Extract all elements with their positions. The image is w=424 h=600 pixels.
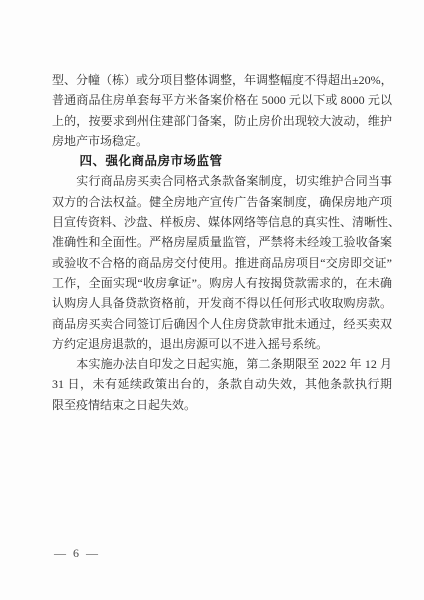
text-line: 型、分幢（栋）或分项目整体调整，年调整幅度不得超出±20%， <box>52 70 392 90</box>
text-line: 实行商品房买卖合同格式条款备案制度，切实维护合同当事 <box>52 171 392 191</box>
text-line: 准确性和全面性。严格房屋质量监管，严禁将未经竣工验收备案 <box>52 232 392 252</box>
paragraph-price-adjustment: 型、分幢（栋）或分项目整体调整，年调整幅度不得超出±20%，普通商品住房单套每平… <box>52 70 392 151</box>
text-line: 31 日，未有延续政策出台的，条款自动失效，其他条款执行期 <box>52 374 392 394</box>
text-line: 工作，全面实现“收房拿证”。购房人有按揭贷款需求的，在未确 <box>52 273 392 293</box>
text-line: 目宣传资料、沙盘、样板房、媒体网络等信息的真实性、清晰性、 <box>52 212 392 232</box>
text-line: 上的，按要求到州住建部门备案，防止房价出现较大波动，维护 <box>52 111 392 131</box>
text-line: 双方的合法权益。健全房地产宣传广告备案制度，确保房地产项 <box>52 192 392 212</box>
section-heading: 四、强化商品房市场监管 <box>52 151 392 171</box>
text-line: 或验收不合格的商品房交付使用。推进商品房项目“交房即交证” <box>52 253 392 273</box>
text-line: 普通商品住房单套每平方米备案价格在 5000 元以下或 8000 元以 <box>52 90 392 110</box>
text-line: 方约定退房退款的，退出房源可以不进入摇号系统。 <box>52 334 392 354</box>
text-line: 房地产市场稳定。 <box>52 131 392 151</box>
page-number: — 6 — <box>54 546 100 561</box>
paragraph-implementation-period: 本实施办法自印发之日起实施，第二条期限至 2022 年 12 月31 日，未有延… <box>52 354 392 415</box>
document-page: 型、分幢（栋）或分项目整体调整，年调整幅度不得超出±20%，普通商品住房单套每平… <box>0 0 424 600</box>
document-body: 型、分幢（栋）或分项目整体调整，年调整幅度不得超出±20%，普通商品住房单套每平… <box>52 70 392 415</box>
text-line: 限至疫情结束之日起失效。 <box>52 395 392 415</box>
text-line: 商品房买卖合同签订后确因个人住房贷款审批未通过，经买卖双 <box>52 314 392 334</box>
paragraph-market-supervision: 实行商品房买卖合同格式条款备案制度，切实维护合同当事双方的合法权益。健全房地产宣… <box>52 171 392 354</box>
text-line: 认购房人具备贷款资格前，开发商不得以任何形式收取购房款。 <box>52 293 392 313</box>
text-line: 本实施办法自印发之日起实施，第二条期限至 2022 年 12 月 <box>52 354 392 374</box>
